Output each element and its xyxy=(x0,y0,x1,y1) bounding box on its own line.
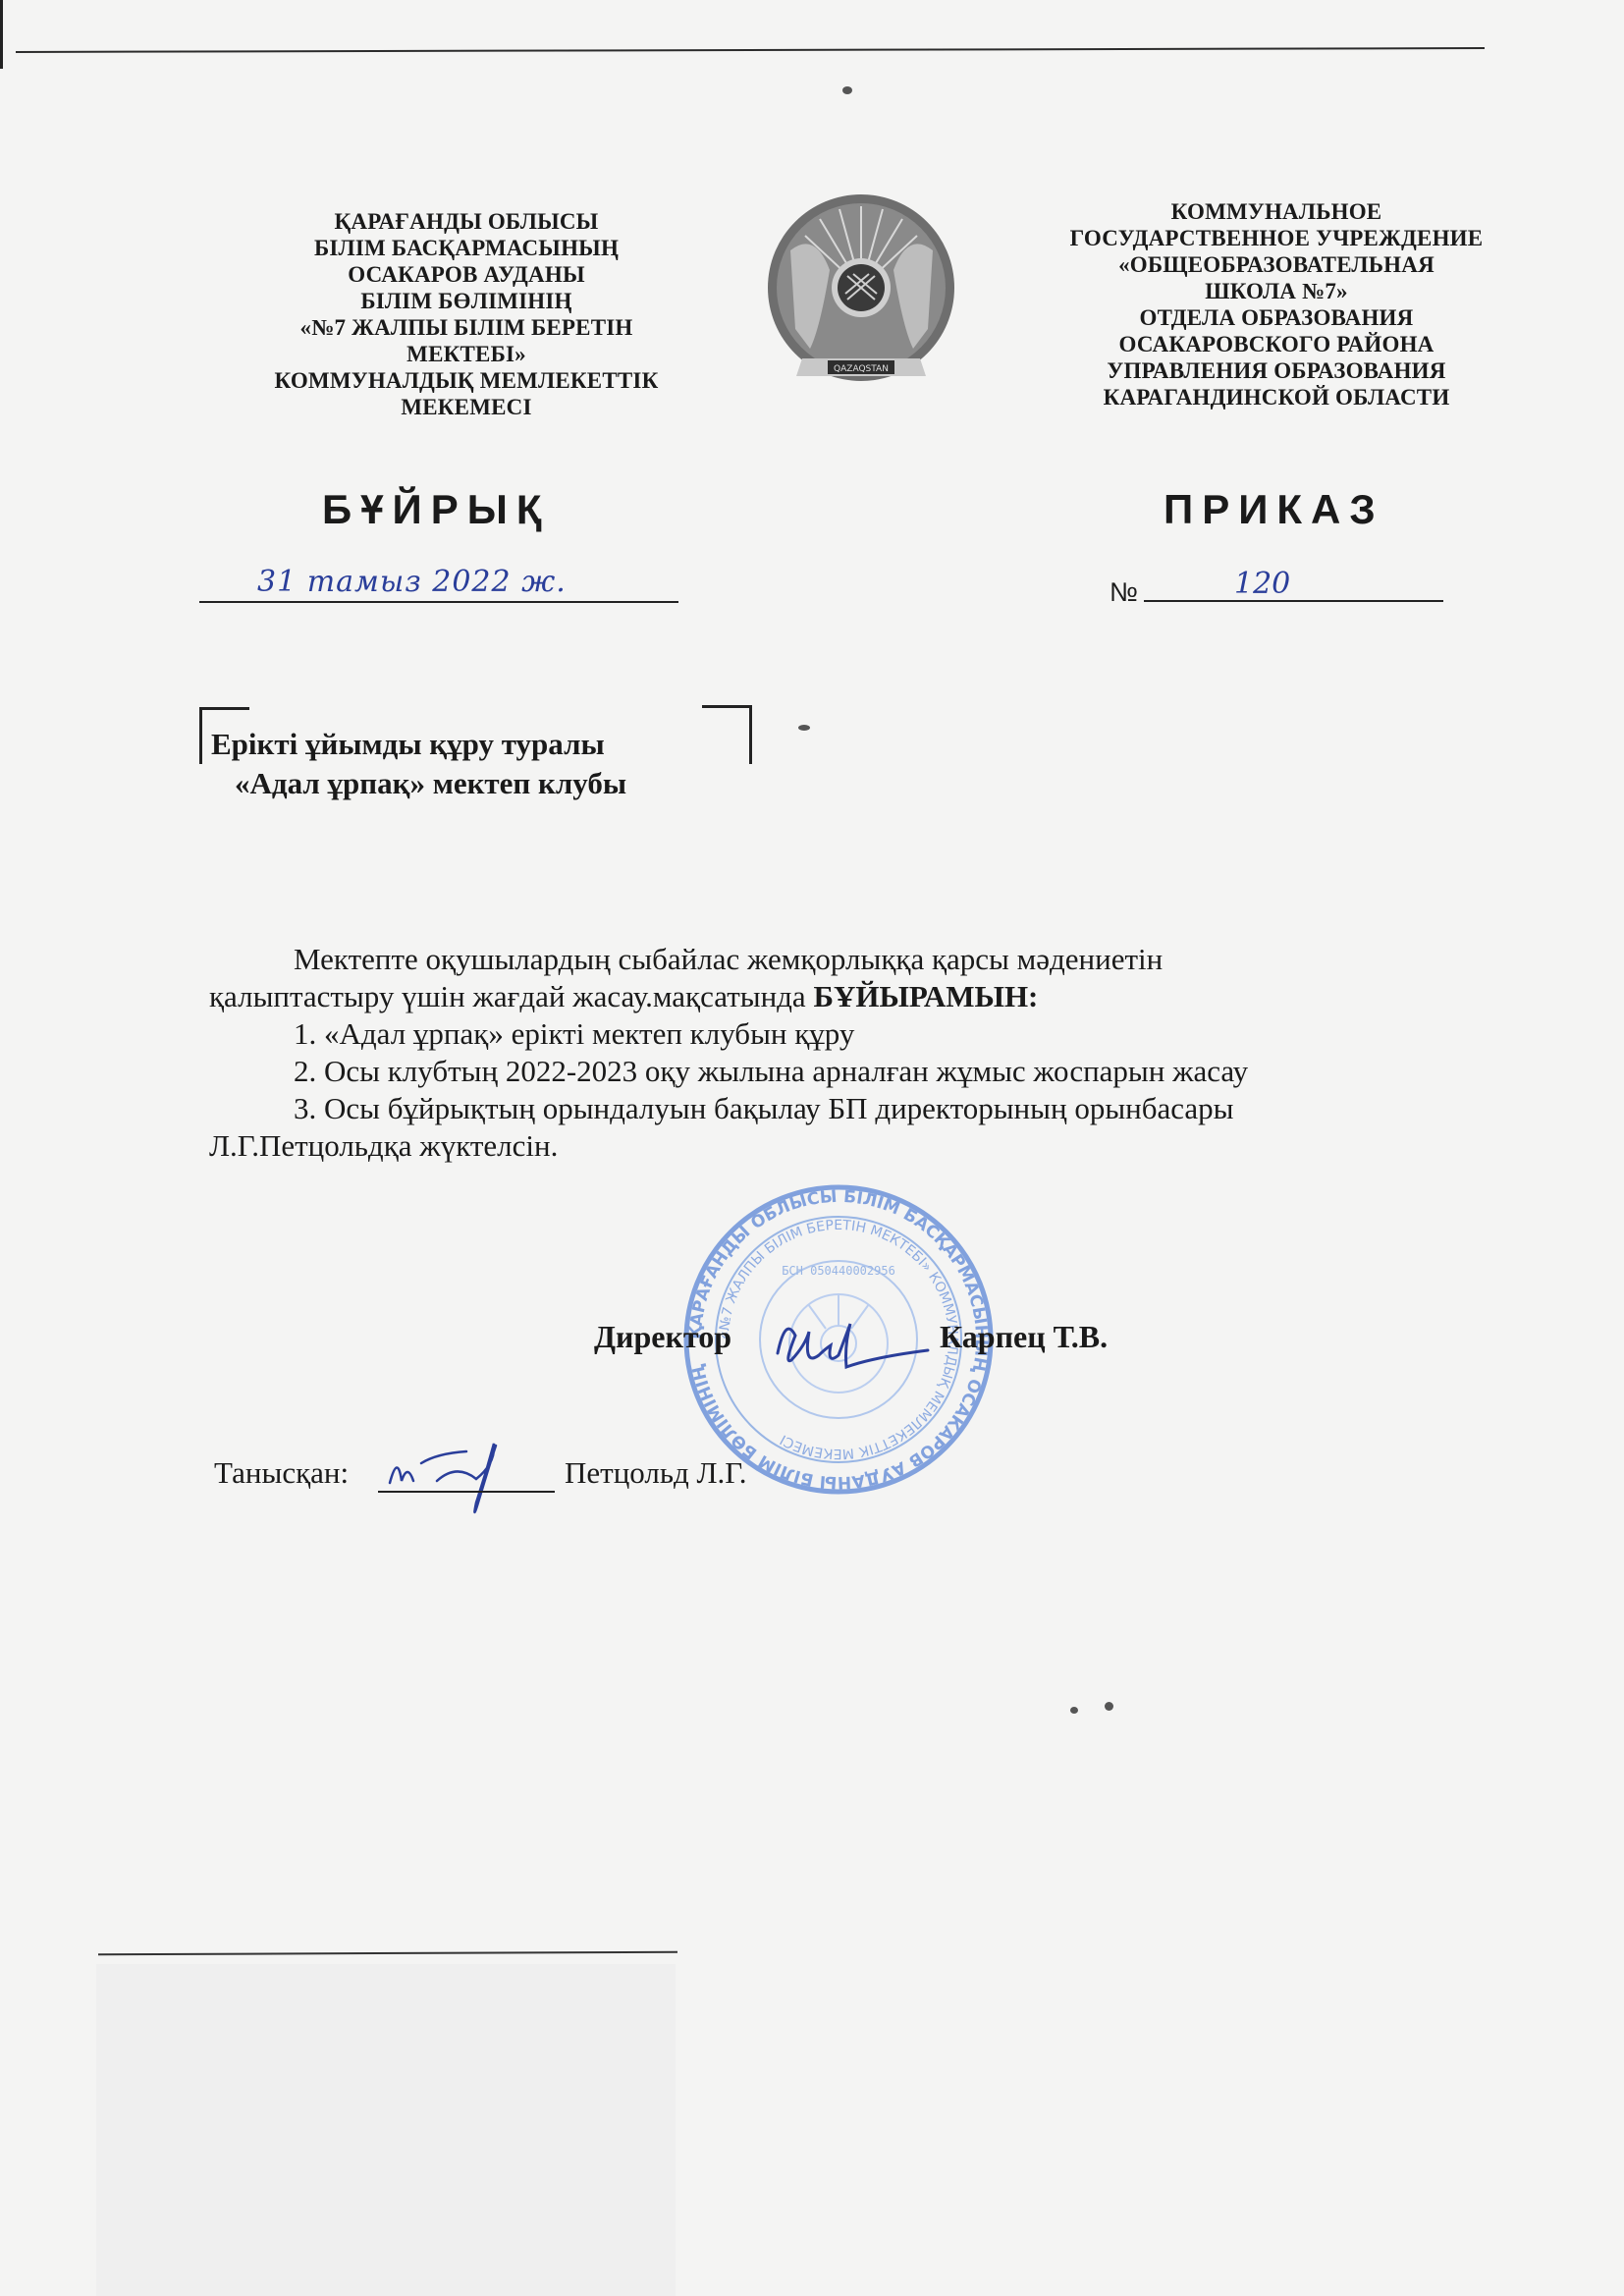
signatory-role: Директор xyxy=(594,1319,731,1355)
subject-line-2: «Адал ұрпақ» мектеп клубы xyxy=(211,764,626,803)
header-line: КОММУНАЛДЫҚ МЕМЛЕКЕТТІК xyxy=(201,367,731,394)
order-item-continuation: Л.Г.Петцольдқа жүктелсін. xyxy=(209,1127,1476,1165)
scan-speck xyxy=(842,86,852,94)
acknowledgement-underline xyxy=(378,1491,555,1493)
header-line: ШКОЛА №7» xyxy=(1016,278,1537,304)
header-line: БІЛІМ БАСҚАРМАСЫНЫҢ xyxy=(201,235,731,261)
number-underline xyxy=(1144,600,1443,602)
preamble-line-2: қалыптастыру үшін жағдай жасау.мақсатынд… xyxy=(209,978,1476,1015)
subject-bracket-right xyxy=(702,705,752,764)
header-line: МЕКТЕБІ» xyxy=(201,341,731,367)
header-line: УПРАВЛЕНИЯ ОБРАЗОВАНИЯ xyxy=(1016,357,1537,384)
scan-edge xyxy=(0,0,3,69)
preamble-line-1: Мектепте оқушылардың сыбайлас жемқорлыққ… xyxy=(209,941,1476,978)
scan-bottom-edge xyxy=(98,1951,677,1956)
header-line: БІЛІМ БӨЛІМІНІҢ xyxy=(201,288,731,314)
scan-speck xyxy=(798,725,810,731)
svg-text:QAZAQSTAN: QAZAQSTAN xyxy=(834,364,889,374)
header-line: ОСАКАРОВСКОГО РАЙОНА xyxy=(1016,331,1537,357)
acknowledgement-signature-icon xyxy=(378,1424,574,1522)
scan-speck xyxy=(1070,1707,1078,1714)
date-underline xyxy=(199,601,678,603)
header-line: «№7 ЖАЛПЫ БІЛІМ БЕРЕТІН xyxy=(201,314,731,341)
header-line: ГОСУДАРСТВЕННОЕ УЧРЕЖДЕНИЕ xyxy=(1016,225,1537,251)
header-line: «ОБЩЕОБРАЗОВАТЕЛЬНАЯ xyxy=(1016,251,1537,278)
doc-type-kazakh: БҰЙРЫҚ xyxy=(322,486,551,533)
header-russian: КОММУНАЛЬНОЕ ГОСУДАРСТВЕННОЕ УЧРЕЖДЕНИЕ … xyxy=(1016,198,1537,410)
scan-shadow xyxy=(96,1964,676,2296)
header-kazakh: ҚАРАҒАНДЫ ОБЛЫСЫ БІЛІМ БАСҚАРМАСЫНЫҢ ОСА… xyxy=(201,208,731,420)
header-line: ҚАРАҒАНДЫ ОБЛЫСЫ xyxy=(201,208,731,235)
order-body: Мектепте оқушылардың сыбайлас жемқорлыққ… xyxy=(209,941,1476,1165)
handwritten-date: 31 тамыз 2022 ж. xyxy=(257,565,567,599)
order-item: 3. Осы бұйрықтың орындалуын бақылау БП д… xyxy=(209,1090,1476,1127)
subject-line-1: Ерікті ұйымды құру туралы xyxy=(211,725,626,764)
scan-speck xyxy=(1105,1702,1113,1711)
order-item: 2. Осы клубтың 2022-2023 оқу жылына арна… xyxy=(209,1053,1476,1090)
header-line: ОТДЕЛА ОБРАЗОВАНИЯ xyxy=(1016,304,1537,331)
order-item: 1. «Адал ұрпақ» ерікті мектеп клубын құр… xyxy=(209,1015,1476,1053)
signatory-name: Карпец Т.В. xyxy=(940,1319,1108,1355)
order-word: БҰЙЫРАМЫН: xyxy=(813,979,1038,1013)
director-signature-icon xyxy=(766,1306,933,1385)
header-line: МЕКЕМЕСІ xyxy=(201,394,731,420)
svg-text:БСН 050440002956: БСН 050440002956 xyxy=(782,1264,895,1278)
header-line: КОММУНАЛЬНОЕ xyxy=(1016,198,1537,225)
scan-top-edge xyxy=(16,47,1485,53)
acknowledged-name: Петцольд Л.Г. xyxy=(565,1455,746,1491)
header-line: КАРАГАНДИНСКОЙ ОБЛАСТИ xyxy=(1016,384,1537,410)
handwritten-number: 120 xyxy=(1234,567,1290,601)
doc-type-russian: ПРИКАЗ xyxy=(1164,486,1384,533)
state-emblem-icon: QAZAQSTAN xyxy=(761,191,962,388)
subject-heading: Ерікті ұйымды құру туралы «Адал ұрпақ» м… xyxy=(211,725,626,803)
header-line: ОСАКАРОВ АУДАНЫ xyxy=(201,261,731,288)
number-label: № xyxy=(1110,577,1138,608)
acknowledged-label: Танысқан: xyxy=(214,1455,349,1491)
